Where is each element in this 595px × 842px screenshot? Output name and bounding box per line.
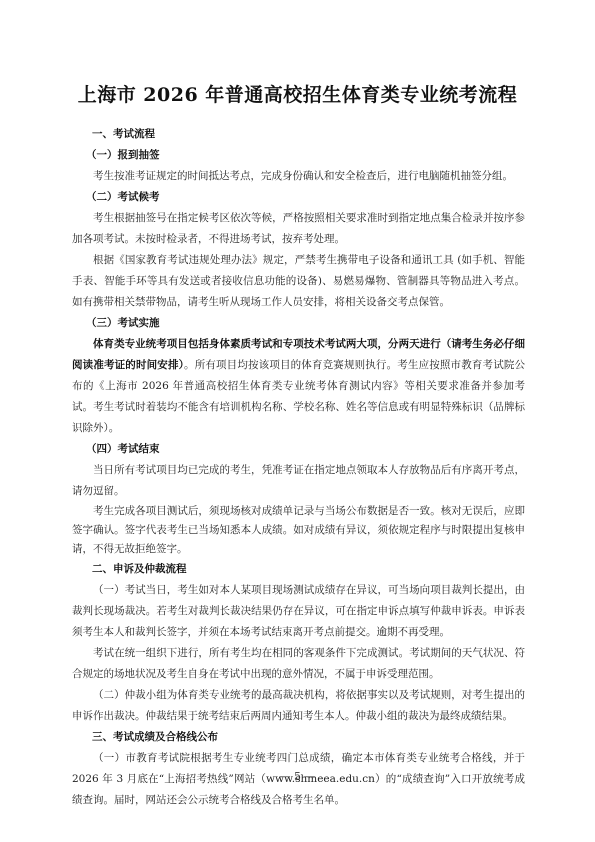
document-title: 上海市 2026 年普通高校招生体育类专业统考流程 [0,80,595,107]
subsection-heading-implementation: （三）考试实施 [72,313,525,334]
section-heading-appeal: 二、申诉及仲裁流程 [72,559,525,580]
paragraph: 体育类专业统考项目包括身体素质考试和专项技术考试两大项，分两天进行（请考生务必仔… [72,334,525,439]
paragraph: 考生完成各项目测试后，须现场核对成绩单记录与当场公布数据是否一致。核对无误后，应… [72,502,525,559]
paragraph: （二）仲裁小组为体育类专业统考的最高裁决机构，将依据事实以及考试规则，对考生提出… [72,685,525,727]
document-body: 一、考试流程 （一）报到抽签 考生按准考证规定的时间抵达考点，完成身份确认和安全… [72,124,525,811]
paragraph: 当日所有考试项目均已完成的考生，凭准考证在指定地点领取本人存放物品后有序离开考点… [72,460,525,502]
paragraph: 考生按准考证规定的时间抵达考点，完成身份确认和安全检查后，进行电脑随机抽签分组。 [72,166,525,187]
section-heading-exam-process: 一、考试流程 [72,124,525,145]
document-page: 上海市 2026 年普通高校招生体育类专业统考流程 一、考试流程 （一）报到抽签… [0,0,595,842]
section-heading-results: 三、考试成绩及合格线公布 [72,727,525,748]
paragraph: 考试在统一组织下进行，所有考生均在相同的客观条件下完成测试。考试期间的天气状况、… [72,643,525,685]
page-number: — 5 — [0,770,595,783]
subsection-heading-waiting: （二）考试候考 [72,187,525,208]
paragraph: 根据《国家教育考试违规处理办法》规定，严禁考生携带电子设备和通讯工具 (如手机、… [72,250,525,313]
paragraph: 考生根据抽签号在指定候考区依次等候，严格按照相关要求准时到指定地点集合检录并按序… [72,208,525,250]
subsection-heading-checkin: （一）报到抽签 [72,145,525,166]
paragraph: （一）考试当日，考生如对本人某项目现场测试成绩存在异议，可当场向项目裁判长提出，… [72,580,525,643]
subsection-heading-conclusion: （四）考试结束 [72,439,525,460]
